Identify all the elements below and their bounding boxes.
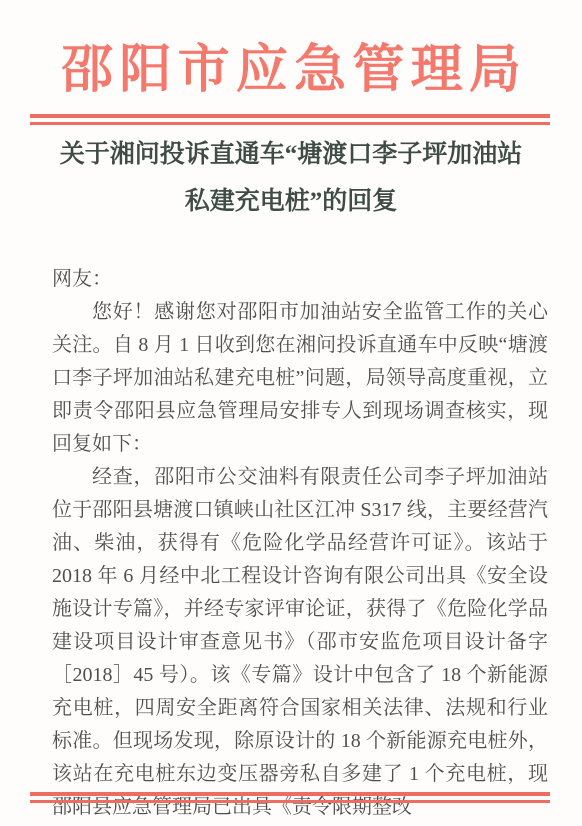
document-body: 网友： 您好！感谢您对邵阳市加油站安全监管工作的关心关注。自 8 月 1 日收到… (52, 263, 548, 824)
body-paragraph-2: 经查，邵阳市公交油料有限责任公司李子坪加油站位于邵阳县塘渡口镇峡山社区江冲 S3… (52, 461, 548, 824)
footer-divider-thin-line (30, 800, 550, 803)
header-divider-thin-line (30, 122, 550, 125)
body-paragraph-1: 您好！感谢您对邵阳市加油站安全监管工作的关心关注。自 8 月 1 日收到您在湘问… (52, 296, 548, 461)
letterhead-title: 邵阳市应急管理局 (20, 40, 562, 102)
document-title: 关于湘问投诉直通车“塘渡口李子坪加油站 私建充电桩”的回复 (40, 131, 542, 225)
document-title-line-1: 关于湘问投诉直通车“塘渡口李子坪加油站 (40, 131, 542, 178)
header-divider-thick-line (30, 114, 550, 118)
salutation: 网友： (52, 263, 548, 296)
header-divider (30, 114, 550, 125)
footer-divider-thick-line (30, 792, 550, 796)
document-title-line-2: 私建充电桩”的回复 (40, 178, 542, 225)
footer-divider (30, 792, 550, 803)
document-page: 邵阳市应急管理局 关于湘问投诉直通车“塘渡口李子坪加油站 私建充电桩”的回复 网… (0, 0, 582, 826)
